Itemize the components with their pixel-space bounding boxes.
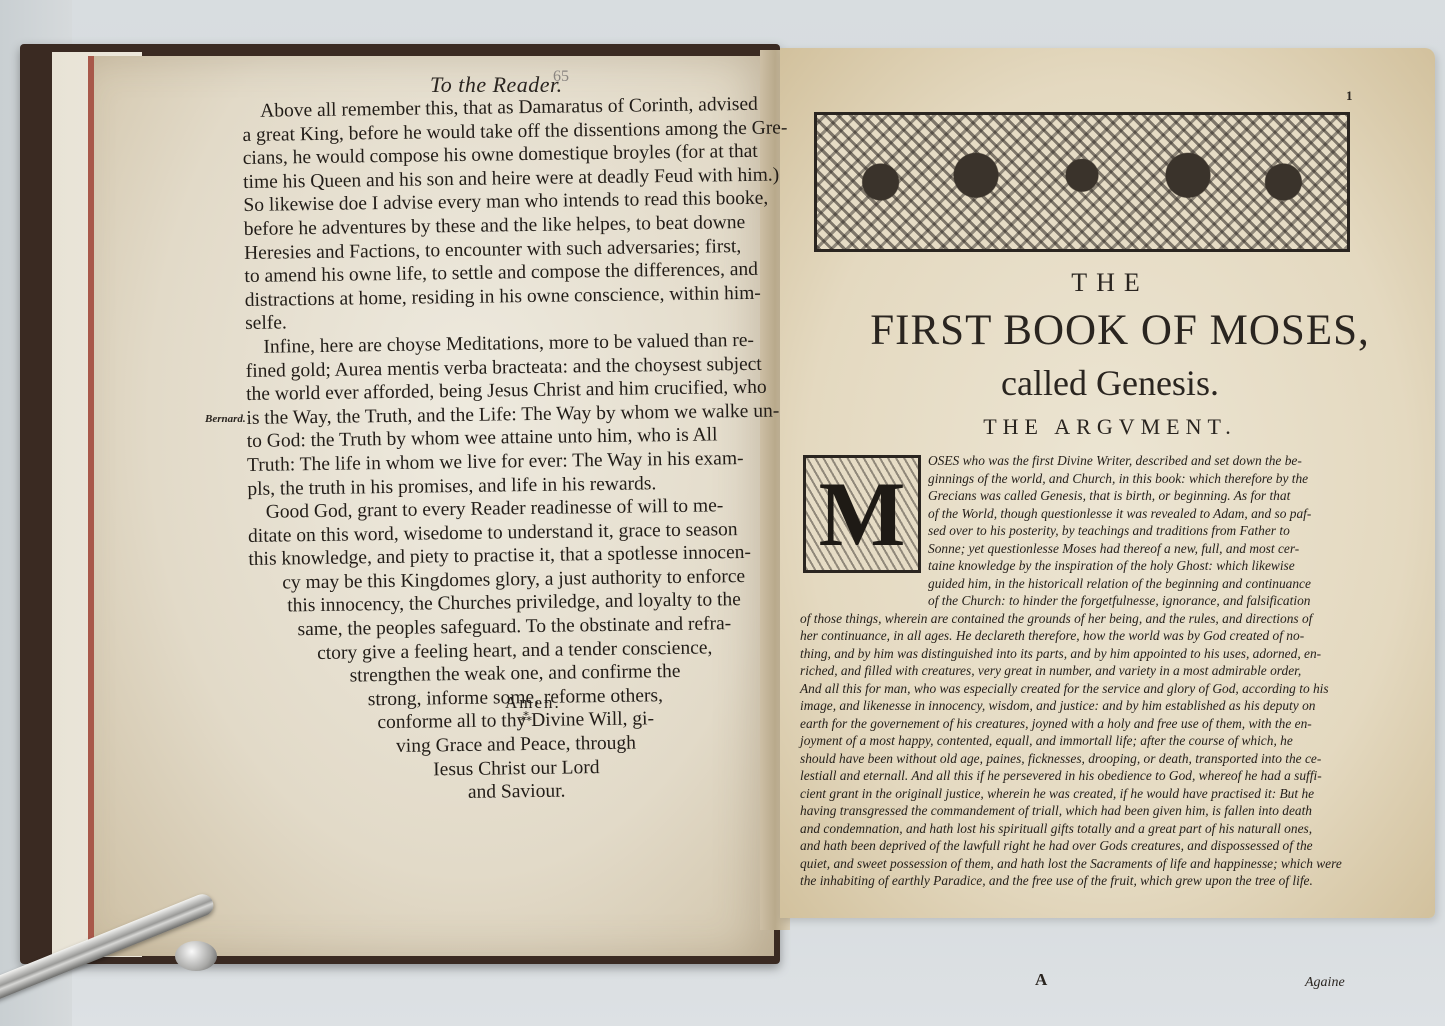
text-line: of those things, wherein are contained t…: [800, 610, 1350, 628]
text-line: of the Church: to hinder the forgetfulne…: [800, 592, 1350, 610]
running-head: To the Reader.: [430, 72, 563, 98]
text-line: ginnings of the world, and Church, in th…: [800, 470, 1350, 488]
argument-heading: THE ARGVMENT.: [780, 414, 1440, 440]
argument-text: OSES who was the first Divine Writer, de…: [800, 452, 1350, 890]
signature-mark: A: [1035, 970, 1047, 990]
text-line: and condemnation, and hath lost his spir…: [800, 820, 1350, 838]
pencil-page-mark: 65: [553, 68, 569, 86]
asterism-ornament-icon: ⁂: [520, 712, 532, 722]
woodcut-headpiece-ornament-icon: [814, 112, 1350, 252]
title-the: THE: [780, 268, 1440, 298]
text-line: the inhabiting of earthly Paradice, and …: [800, 872, 1350, 890]
text-line: of the World, though questionlesse it wa…: [800, 505, 1350, 523]
text-line: riched, and filled with creatures, very …: [800, 662, 1350, 680]
text-line: image, and likenesse in innocency, wisdo…: [800, 697, 1350, 715]
text-line: her continuance, in all ages. He declare…: [800, 627, 1350, 645]
text-line: sed over to his posterity, by teachings …: [800, 522, 1350, 540]
text-line: earth for the governement of his creatur…: [800, 715, 1350, 733]
catchword: Againe: [1305, 975, 1345, 991]
margin-note: Bernard.: [205, 413, 246, 425]
text-line: Sonne; yet questionlesse Moses had there…: [800, 540, 1350, 558]
silver-pointer-tip-icon: [175, 941, 217, 971]
folio-number: 1: [1346, 88, 1353, 104]
text-line: and hath been deprived of the lawfull ri…: [800, 837, 1350, 855]
text-line: thing, and by him was distinguished into…: [800, 645, 1350, 663]
book-subtitle: called Genesis.: [780, 362, 1440, 404]
book-title: FIRST BOOK OF MOSES,: [780, 306, 1445, 355]
text-line: should have been without old age, paines…: [800, 750, 1350, 768]
text-line: guided him, in the historicall relation …: [800, 575, 1350, 593]
text-line: Grecians was called Genesis, that is bir…: [800, 487, 1350, 505]
text-line: OSES who was the first Divine Writer, de…: [800, 452, 1350, 470]
text-line: cient grant in the originall justice, wh…: [800, 785, 1350, 803]
text-line: joyment of a most happy, contented, equa…: [800, 732, 1350, 750]
text-line: taine knowledge by the inspiration of th…: [800, 557, 1350, 575]
text-line: And all this for man, who was especially…: [800, 680, 1350, 698]
text-line: quiet, and sweet possession of them, and…: [800, 855, 1350, 873]
text-line: having transgressed the commandement of …: [800, 802, 1350, 820]
closing-amen: Amen.: [505, 693, 561, 713]
text-line: lestiall and eternall. And all this if h…: [800, 767, 1350, 785]
